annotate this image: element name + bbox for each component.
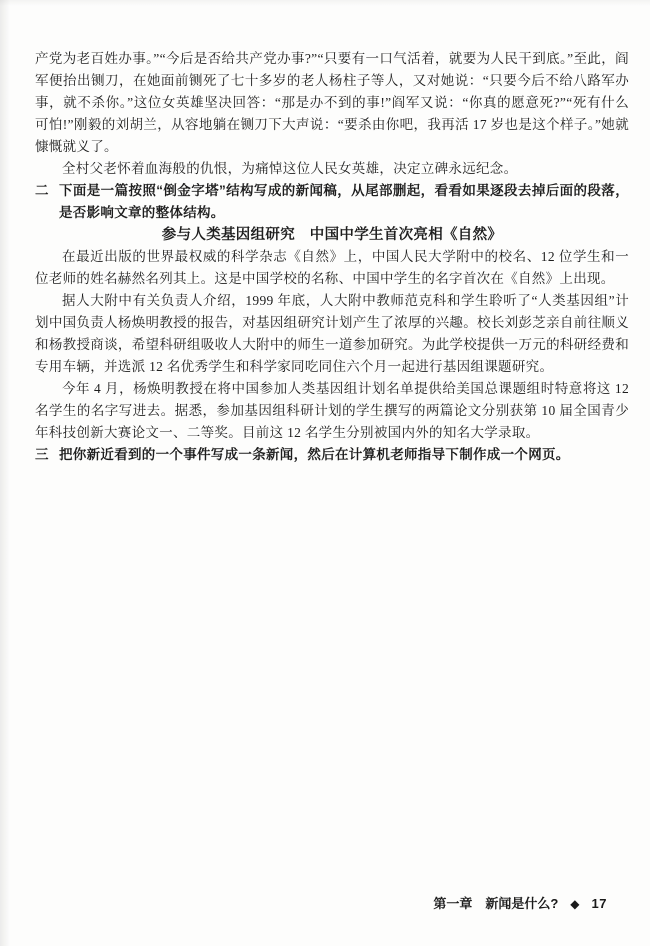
paragraph-story-continuation: 产党为老百姓办事。”“今后是否给共产党办事?”“只要有一口气活着，就要为人民干到… <box>35 48 629 158</box>
exercise-three-text: 把你新近看到的一个事件写成一条新闻，然后在计算机老师指导下制作成一个网页。 <box>59 444 629 466</box>
exercise-item-three: 三 把你新近看到的一个事件写成一条新闻，然后在计算机老师指导下制作成一个网页。 <box>35 444 629 466</box>
footer-chapter-title: 新闻是什么? <box>485 896 558 912</box>
exercise-three-number: 三 <box>35 444 59 466</box>
news-article-title: 参与人类基因组研究 中国中学生首次亮相《自然》 <box>35 224 629 246</box>
exercise-item-two: 二 下面是一篇按照“倒金字塔”结构写成的新闻稿，从尾部删起，看看如果逐段去掉后面… <box>35 180 629 224</box>
exercise-two-text: 下面是一篇按照“倒金字塔”结构写成的新闻稿，从尾部删起，看看如果逐段去掉后面的段… <box>59 180 629 224</box>
news-paragraph-2: 据人大附中有关负责人介绍，1999 年底，人大附中教师范克科和学生聆听了“人类基… <box>35 290 629 378</box>
news-paragraph-1: 在最近出版的世界最权威的科学杂志《自然》上，中国人民大学附中的校名、12 位学生… <box>35 246 629 290</box>
textbook-page: 产党为老百姓办事。”“今后是否给共产党办事?”“只要有一口气活着，就要为人民干到… <box>0 0 650 946</box>
footer-chapter-label: 第一章 <box>433 896 472 912</box>
page-footer: 第一章 新闻是什么? ◆ 17 <box>433 896 607 912</box>
diamond-icon: ◆ <box>570 896 579 912</box>
news-paragraph-3: 今年 4 月，杨焕明教授在将中国参加人类基因组计划名单提供给美国总课题组时特意将… <box>35 378 629 444</box>
footer-page-number: 17 <box>592 896 607 912</box>
exercise-two-number: 二 <box>35 180 59 224</box>
paragraph-story-memorial: 全村父老怀着血海般的仇恨，为痛悼这位人民女英雄，决定立碑永远纪念。 <box>35 158 629 180</box>
page-content: 产党为老百姓办事。”“今后是否给共产党办事?”“只要有一口气活着，就要为人民干到… <box>35 48 629 466</box>
